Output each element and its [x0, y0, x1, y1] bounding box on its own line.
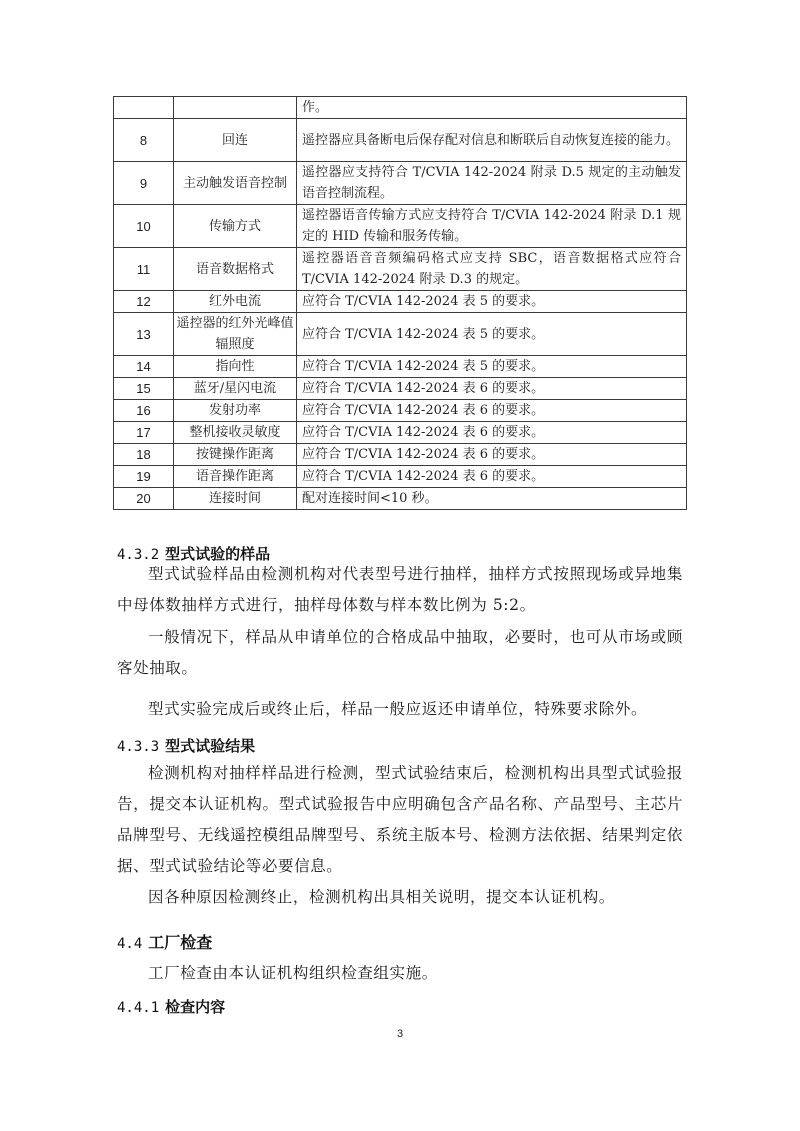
- row-item: 语音数据格式: [174, 248, 297, 291]
- row-number: 17: [114, 422, 174, 444]
- row-item: 传输方式: [174, 205, 297, 248]
- row-requirement: 应符合 T/CVIA 142-2024 表 6 的要求。: [297, 400, 687, 422]
- row-number: 16: [114, 400, 174, 422]
- row-requirement: 遥控器应具备断电后保存配对信息和断联后自动恢复连接的能力。: [297, 119, 687, 162]
- paragraph: 工厂检查由本认证机构组织检查组实施。: [117, 958, 683, 989]
- table-row: 10 传输方式 遥控器语音传输方式应支持符合 T/CVIA 142-2024 附…: [114, 205, 687, 248]
- row-number: 13: [114, 313, 174, 356]
- table-row: 13 遥控器的红外光峰值辐照度 应符合 T/CVIA 142-2024 表 5 …: [114, 313, 687, 356]
- section-heading-4-3-3: 4.3.3型式试验结果: [117, 735, 255, 756]
- row-number: 8: [114, 119, 174, 162]
- paragraph: 因各种原因检测终止，检测机构出具相关说明，提交本认证机构。: [117, 882, 683, 913]
- table-row: 17 整机接收灵敏度 应符合 T/CVIA 142-2024 表 6 的要求。: [114, 422, 687, 444]
- row-requirement: 应符合 T/CVIA 142-2024 表 6 的要求。: [297, 466, 687, 488]
- section-title: 型式试验结果: [165, 737, 255, 755]
- row-number: 11: [114, 248, 174, 291]
- row-number: 15: [114, 378, 174, 400]
- row-item: 蓝牙/星闪电流: [174, 378, 297, 400]
- row-number: 14: [114, 356, 174, 378]
- row-number: 18: [114, 444, 174, 466]
- row-requirement: 应符合 T/CVIA 142-2024 表 5 的要求。: [297, 356, 687, 378]
- paragraph: 检测机构对抽样样品进行检测，型式试验结束后，检测机构出具型式试验报告，提交本认证…: [117, 758, 683, 882]
- row-item: 遥控器的红外光峰值辐照度: [174, 313, 297, 356]
- table-row: 20 连接时间 配对连接时间<10 秒。: [114, 488, 687, 510]
- row-item: 整机接收灵敏度: [174, 422, 297, 444]
- paragraph: 型式试验样品由检测机构对代表型号进行抽样，抽样方式按照现场或异地集中母体数抽样方…: [117, 559, 683, 621]
- paragraph: 型式实验完成后或终止后，样品一般应返还申请单位，特殊要求除外。: [117, 694, 683, 725]
- row-item: 主动触发语音控制: [174, 162, 297, 205]
- table-row: 8 回连 遥控器应具备断电后保存配对信息和断联后自动恢复连接的能力。: [114, 119, 687, 162]
- section-number: 4.4.1: [117, 1000, 159, 1016]
- row-number: 12: [114, 291, 174, 313]
- paragraph: 一般情况下，样品从申请单位的合格成品中抽取，必要时，也可从市场或顾客处抽取。: [117, 622, 683, 684]
- section-heading-4-4: 4.4工厂检查: [117, 930, 212, 953]
- row-requirement: 应符合 T/CVIA 142-2024 表 6 的要求。: [297, 422, 687, 444]
- row-item: 发射功率: [174, 400, 297, 422]
- row-requirement: 配对连接时间<10 秒。: [297, 488, 687, 510]
- row-number: 9: [114, 162, 174, 205]
- section-number: 4.3.3: [117, 739, 159, 755]
- row-item: 指向性: [174, 356, 297, 378]
- row-requirement: 作。: [297, 97, 687, 119]
- requirements-table: 作。 8 回连 遥控器应具备断电后保存配对信息和断联后自动恢复连接的能力。 9 …: [113, 96, 687, 510]
- row-item: 按键操作距离: [174, 444, 297, 466]
- row-requirement: 遥控器语音音频编码格式应支持 SBC，语音数据格式应符合 T/CVIA 142-…: [297, 248, 687, 291]
- table-row: 12 红外电流 应符合 T/CVIA 142-2024 表 5 的要求。: [114, 291, 687, 313]
- row-item: 连接时间: [174, 488, 297, 510]
- row-requirement: 遥控器应支持符合 T/CVIA 142-2024 附录 D.5 规定的主动触发语…: [297, 162, 687, 205]
- row-requirement: 应符合 T/CVIA 142-2024 表 5 的要求。: [297, 291, 687, 313]
- row-requirement: 应符合 T/CVIA 142-2024 表 6 的要求。: [297, 378, 687, 400]
- page-number: 3: [0, 1028, 800, 1040]
- section-number: 4.4: [117, 936, 142, 952]
- table-row: 18 按键操作距离 应符合 T/CVIA 142-2024 表 6 的要求。: [114, 444, 687, 466]
- table-row: 19 语音操作距离 应符合 T/CVIA 142-2024 表 6 的要求。: [114, 466, 687, 488]
- table-row: 11 语音数据格式 遥控器语音音频编码格式应支持 SBC，语音数据格式应符合 T…: [114, 248, 687, 291]
- row-item: [174, 97, 297, 119]
- section-heading-4-4-1: 4.4.1检查内容: [117, 996, 225, 1017]
- row-requirement: 应符合 T/CVIA 142-2024 表 6 的要求。: [297, 444, 687, 466]
- row-number: 19: [114, 466, 174, 488]
- row-number: 10: [114, 205, 174, 248]
- requirements-table-body: 作。 8 回连 遥控器应具备断电后保存配对信息和断联后自动恢复连接的能力。 9 …: [114, 97, 687, 510]
- row-number: 20: [114, 488, 174, 510]
- row-item: 红外电流: [174, 291, 297, 313]
- section-title: 工厂检查: [148, 933, 212, 952]
- row-item: 回连: [174, 119, 297, 162]
- row-item: 语音操作距离: [174, 466, 297, 488]
- row-requirement: 应符合 T/CVIA 142-2024 表 5 的要求。: [297, 313, 687, 356]
- table-row: 16 发射功率 应符合 T/CVIA 142-2024 表 6 的要求。: [114, 400, 687, 422]
- row-requirement: 遥控器语音传输方式应支持符合 T/CVIA 142-2024 附录 D.1 规定…: [297, 205, 687, 248]
- table-row: 15 蓝牙/星闪电流 应符合 T/CVIA 142-2024 表 6 的要求。: [114, 378, 687, 400]
- section-title: 检查内容: [165, 998, 225, 1016]
- row-number: [114, 97, 174, 119]
- table-row: 作。: [114, 97, 687, 119]
- document-page: 作。 8 回连 遥控器应具备断电后保存配对信息和断联后自动恢复连接的能力。 9 …: [0, 0, 800, 1131]
- table-row: 14 指向性 应符合 T/CVIA 142-2024 表 5 的要求。: [114, 356, 687, 378]
- table-row: 9 主动触发语音控制 遥控器应支持符合 T/CVIA 142-2024 附录 D…: [114, 162, 687, 205]
